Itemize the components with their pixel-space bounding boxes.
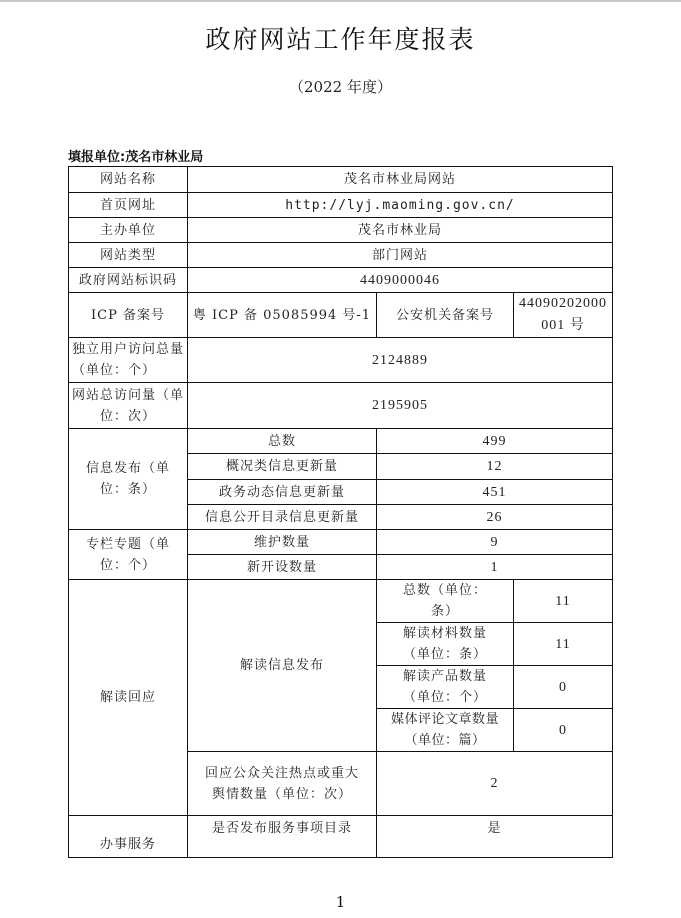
homepage-label: 首页网址 [69, 193, 188, 218]
info-row-value: 12 [377, 454, 613, 480]
interp-row-label: 总数（单位：条） [377, 580, 514, 623]
interp-row-label: 解读产品数量（单位：个） [377, 666, 514, 709]
icp-value: 粤 ICP 备 05085994 号-1 [188, 293, 377, 338]
table-row-interp-total: 解读回应 解读信息发布 总数（单位：条） 11 [69, 580, 613, 623]
columns-row-label: 维护数量 [188, 530, 377, 555]
report-table: 网站名称 茂名市林业局网站 首页网址 http://lyj.maoming.go… [68, 166, 613, 858]
table-row-sponsor: 主办单位 茂名市林业局 [69, 218, 613, 243]
columns-row-value: 1 [377, 555, 613, 580]
info-row-label: 政务动态信息更新量 [188, 480, 377, 505]
icp-label: ICP 备案号 [69, 293, 188, 338]
table-row-info-total: 信息发布（单位：条） 总数 499 [69, 429, 613, 454]
services-row-value: 是 [377, 816, 613, 858]
table-row-homepage: 首页网址 http://lyj.maoming.gov.cn/ [69, 193, 613, 218]
table-row-site-name: 网站名称 茂名市林业局网站 [69, 167, 613, 193]
total-visits-label: 网站总访问量（单位：次） [69, 383, 188, 429]
interpretation-sub-label: 解读信息发布 [188, 580, 377, 752]
table-row-columns-maintained: 专栏专题（单位：个） 维护数量 9 [69, 530, 613, 555]
unique-visitors-value: 2124889 [188, 338, 613, 383]
columns-row-value: 9 [377, 530, 613, 555]
document-title: 政府网站工作年度报表 [0, 20, 681, 56]
table-row-total-visits: 网站总访问量（单位：次） 2195905 [69, 383, 613, 429]
sponsor-value: 茂名市林业局 [188, 218, 613, 243]
info-row-value: 26 [377, 505, 613, 530]
interp-row-value: 11 [514, 623, 613, 666]
page-number: 1 [0, 893, 681, 911]
info-row-value: 499 [377, 429, 613, 454]
services-row-label: 是否发布服务事项目录 [188, 816, 377, 858]
site-code-value: 4409000046 [188, 268, 613, 293]
public-response-label: 回应公众关注热点或重大舆情数量（单位：次） [188, 752, 377, 816]
columns-row-label: 新开设数量 [188, 555, 377, 580]
site-name-label: 网站名称 [69, 167, 188, 193]
total-visits-value: 2195905 [188, 383, 613, 429]
interpretation-label: 解读回应 [69, 580, 188, 816]
viewer-top-border [0, 0, 681, 2]
unique-visitors-label: 独立用户访问总量（单位：个） [69, 338, 188, 383]
table-row-icp: ICP 备案号 粤 ICP 备 05085994 号-1 公安机关备案号 440… [69, 293, 613, 338]
report-year: （2022 年度） [0, 76, 681, 97]
interp-row-value: 0 [514, 666, 613, 709]
site-code-label: 政府网站标识码 [69, 268, 188, 293]
site-type-label: 网站类型 [69, 243, 188, 268]
interp-row-label: 解读材料数量（单位：条） [377, 623, 514, 666]
interp-row-label: 媒体评论文章数量（单位：篇） [377, 709, 514, 752]
table-row-unique-visitors: 独立用户访问总量（单位：个） 2124889 [69, 338, 613, 383]
site-type-value: 部门网站 [188, 243, 613, 268]
homepage-value: http://lyj.maoming.gov.cn/ [188, 193, 613, 218]
columns-label: 专栏专题（单位：个） [69, 530, 188, 580]
interp-row-value: 0 [514, 709, 613, 752]
interp-row-value: 11 [514, 580, 613, 623]
police-record-label: 公安机关备案号 [377, 293, 514, 338]
services-label: 办事服务 [69, 816, 188, 858]
info-row-label: 信息公开目录信息更新量 [188, 505, 377, 530]
police-record-value: 44090202000001 号 [514, 293, 613, 338]
reporting-unit: 填报单位:茂名市林业局 [68, 146, 203, 165]
public-response-value: 2 [377, 752, 613, 816]
table-row-site-code: 政府网站标识码 4409000046 [69, 268, 613, 293]
table-row-services: 办事服务 是否发布服务事项目录 是 [69, 816, 613, 858]
table-row-site-type: 网站类型 部门网站 [69, 243, 613, 268]
info-row-label: 概况类信息更新量 [188, 454, 377, 480]
info-row-label: 总数 [188, 429, 377, 454]
info-row-value: 451 [377, 480, 613, 505]
site-name-value: 茂名市林业局网站 [188, 167, 613, 193]
sponsor-label: 主办单位 [69, 218, 188, 243]
info-publish-label: 信息发布（单位：条） [69, 429, 188, 530]
